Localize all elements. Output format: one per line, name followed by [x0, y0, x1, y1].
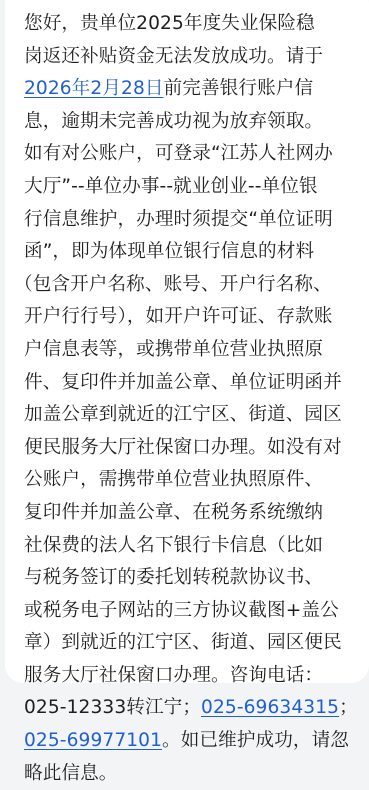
message-line: （包含开户名称、账号、开户行名称、 [14, 269, 359, 302]
message-line: 息，逾期未完善成功视为放弃领取。 [24, 106, 359, 139]
message-line: 或税务电子网站的三方协议截图+盖公 [24, 595, 359, 628]
message-line: 加盖公章到就近的江宁区、街道、园区 [24, 399, 359, 432]
message-line: 复印件并加盖公章、在税务系统缴纳 [24, 497, 359, 530]
message-line: 岗返还补贴资金无法发放成功。请于 [24, 41, 359, 74]
message-line: 您好，贵单位2025年度失业保险稳 [24, 8, 359, 41]
message-line: 服务大厅社保窗口办理。咨询电话： [24, 660, 359, 688]
message-line: 件、复印件并加盖公章、单位证明函并 [24, 367, 359, 400]
message-line: 如有对公账户，可登录“江苏人社网办 [24, 138, 359, 171]
message-line: 行信息维护，办理时须提交“单位证明 [24, 204, 359, 237]
deadline-date-link[interactable]: 2026年2月28日 [24, 78, 164, 99]
message-line: 大厅”--单位办事--就业创业--单位银 [24, 171, 359, 204]
message-text: 前完善银行账户信 [164, 78, 314, 99]
message-line: 公账户，需携带单位营业执照原件、 [24, 464, 359, 497]
sms-message-text: 您好，贵单位2025年度失业保险稳 岗返还补贴资金无法发放成功。请于 2026年… [24, 8, 359, 688]
sms-message-bubble[interactable]: 您好，贵单位2025年度失业保险稳 岗返还补贴资金无法发放成功。请于 2026年… [5, 0, 369, 683]
message-line: 函”，即为体现单位银行信息的材料 [24, 236, 359, 269]
message-line: 户信息表等，或携带单位营业执照原 [24, 334, 359, 367]
message-line: 2026年2月28日前完善银行账户信 [24, 73, 359, 106]
message-line: 便民服务大厅社保窗口办理。如没有对 [24, 432, 359, 465]
message-line: 与税务签订的委托划转税款协议书、 [24, 562, 359, 595]
message-line: 开户行行号），如开户许可证、存款账 [24, 301, 359, 334]
message-line: 社保费的法人名下银行卡信息（比如 [24, 530, 359, 563]
message-line: 章）到就近的江宁区、街道、园区便民 [24, 627, 359, 660]
